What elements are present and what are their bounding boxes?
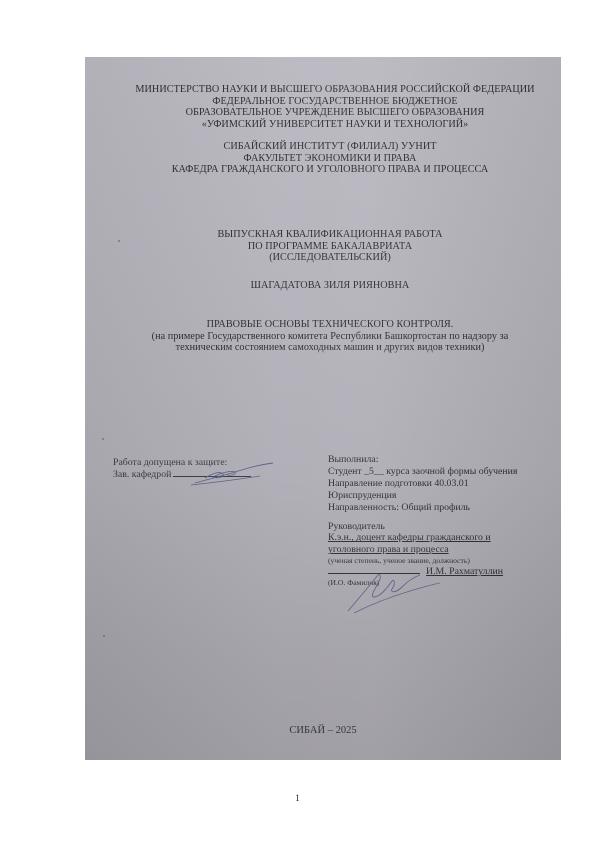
topic-title: ПРАВОВЫЕ ОСНОВЫ ТЕХНИЧЕСКОГО КОНТРОЛЯ. [92,319,561,331]
specialty-line: Юриспруденция [328,490,517,502]
author-name: ШАГАДАТОВА ЗИЛЯ РИЯНОВНА [92,280,561,292]
institute-header: СИБАЙСКИЙ ИНСТИТУТ (ФИЛИАЛ) УУНИТ ФАКУЛЬ… [92,141,561,176]
author-text: ШАГАДАТОВА ЗИЛЯ РИЯНОВНА [92,280,561,292]
ministry-header: МИНИСТЕРСТВО НАУКИ И ВЫСШЕГО ОБРАЗОВАНИЯ… [97,84,561,130]
thesis-topic: ПРАВОВЫЕ ОСНОВЫ ТЕХНИЧЕСКОГО КОНТРОЛЯ. (… [92,319,561,354]
ministry-line: ФЕДЕРАЛЬНОЕ ГОСУДАРСТВЕННОЕ БЮДЖЕТНОЕ [97,96,561,108]
ministry-line: МИНИСТЕРСТВО НАУКИ И ВЫСШЕГО ОБРАЗОВАНИЯ… [97,84,561,96]
topic-subtitle-line: (на примере Государственного комитета Ре… [92,331,561,343]
work-type-line: ПО ПРОГРАММЕ БАКАЛАВРИАТА [92,241,561,253]
direction-line: Направление подготовки 40.03.01 [328,478,517,490]
head-of-department-label: Зав. кафедрой [113,469,171,480]
speck-mark [102,438,104,440]
city-year: СИБАЙ – 2025 [85,725,561,736]
position-hint: (ученая степень, ученое звание, должност… [328,556,517,566]
institute-line: СИБАЙСКИЙ ИНСТИТУТ (ФИЛИАЛ) УУНИТ [92,141,561,153]
institute-line: ФАКУЛЬТЕТ ЭКОНОМИКИ И ПРАВА [92,153,561,165]
supervisor-label: Руководитель [328,521,517,533]
ministry-line: «УФИМСКИЙ УНИВЕРСИТЕТ НАУКИ И ТЕХНОЛОГИЙ… [97,119,561,131]
speck-mark [103,635,105,637]
work-type: ВЫПУСКНАЯ КВАЛИФИКАЦИОННАЯ РАБОТА ПО ПРО… [92,229,561,264]
course-line: Студент _5__ курса заочной формы обучени… [328,466,517,478]
supervisor-position-line: К.э.н., доцент кафедры гражданского и [328,532,517,544]
scanned-title-page-photo: МИНИСТЕРСТВО НАУКИ И ВЫСШЕГО ОБРАЗОВАНИЯ… [85,57,561,760]
signature-icon [340,567,450,617]
work-type-line: (ИССЛЕДОВАТЕЛЬСКИЙ) [92,252,561,264]
signature-icon [165,461,275,491]
work-type-line: ВЫПУСКНАЯ КВАЛИФИКАЦИОННАЯ РАБОТА [92,229,561,241]
ministry-line: ОБРАЗОВАТЕЛЬНОЕ УЧРЕЖДЕНИЕ ВЫСШЕГО ОБРАЗ… [97,107,561,119]
executor-label: Выполнила: [328,454,517,466]
supervisor-position-line: уголовного права и процесса [328,544,517,556]
page-number: 1 [0,793,595,803]
institute-line: КАФЕДРА ГРАЖДАНСКОГО И УГОЛОВНОГО ПРАВА … [92,164,561,176]
topic-subtitle-line: техническим состоянием самоходных машин … [92,342,561,354]
profile-line: Направленность: Общий профиль [328,502,517,514]
